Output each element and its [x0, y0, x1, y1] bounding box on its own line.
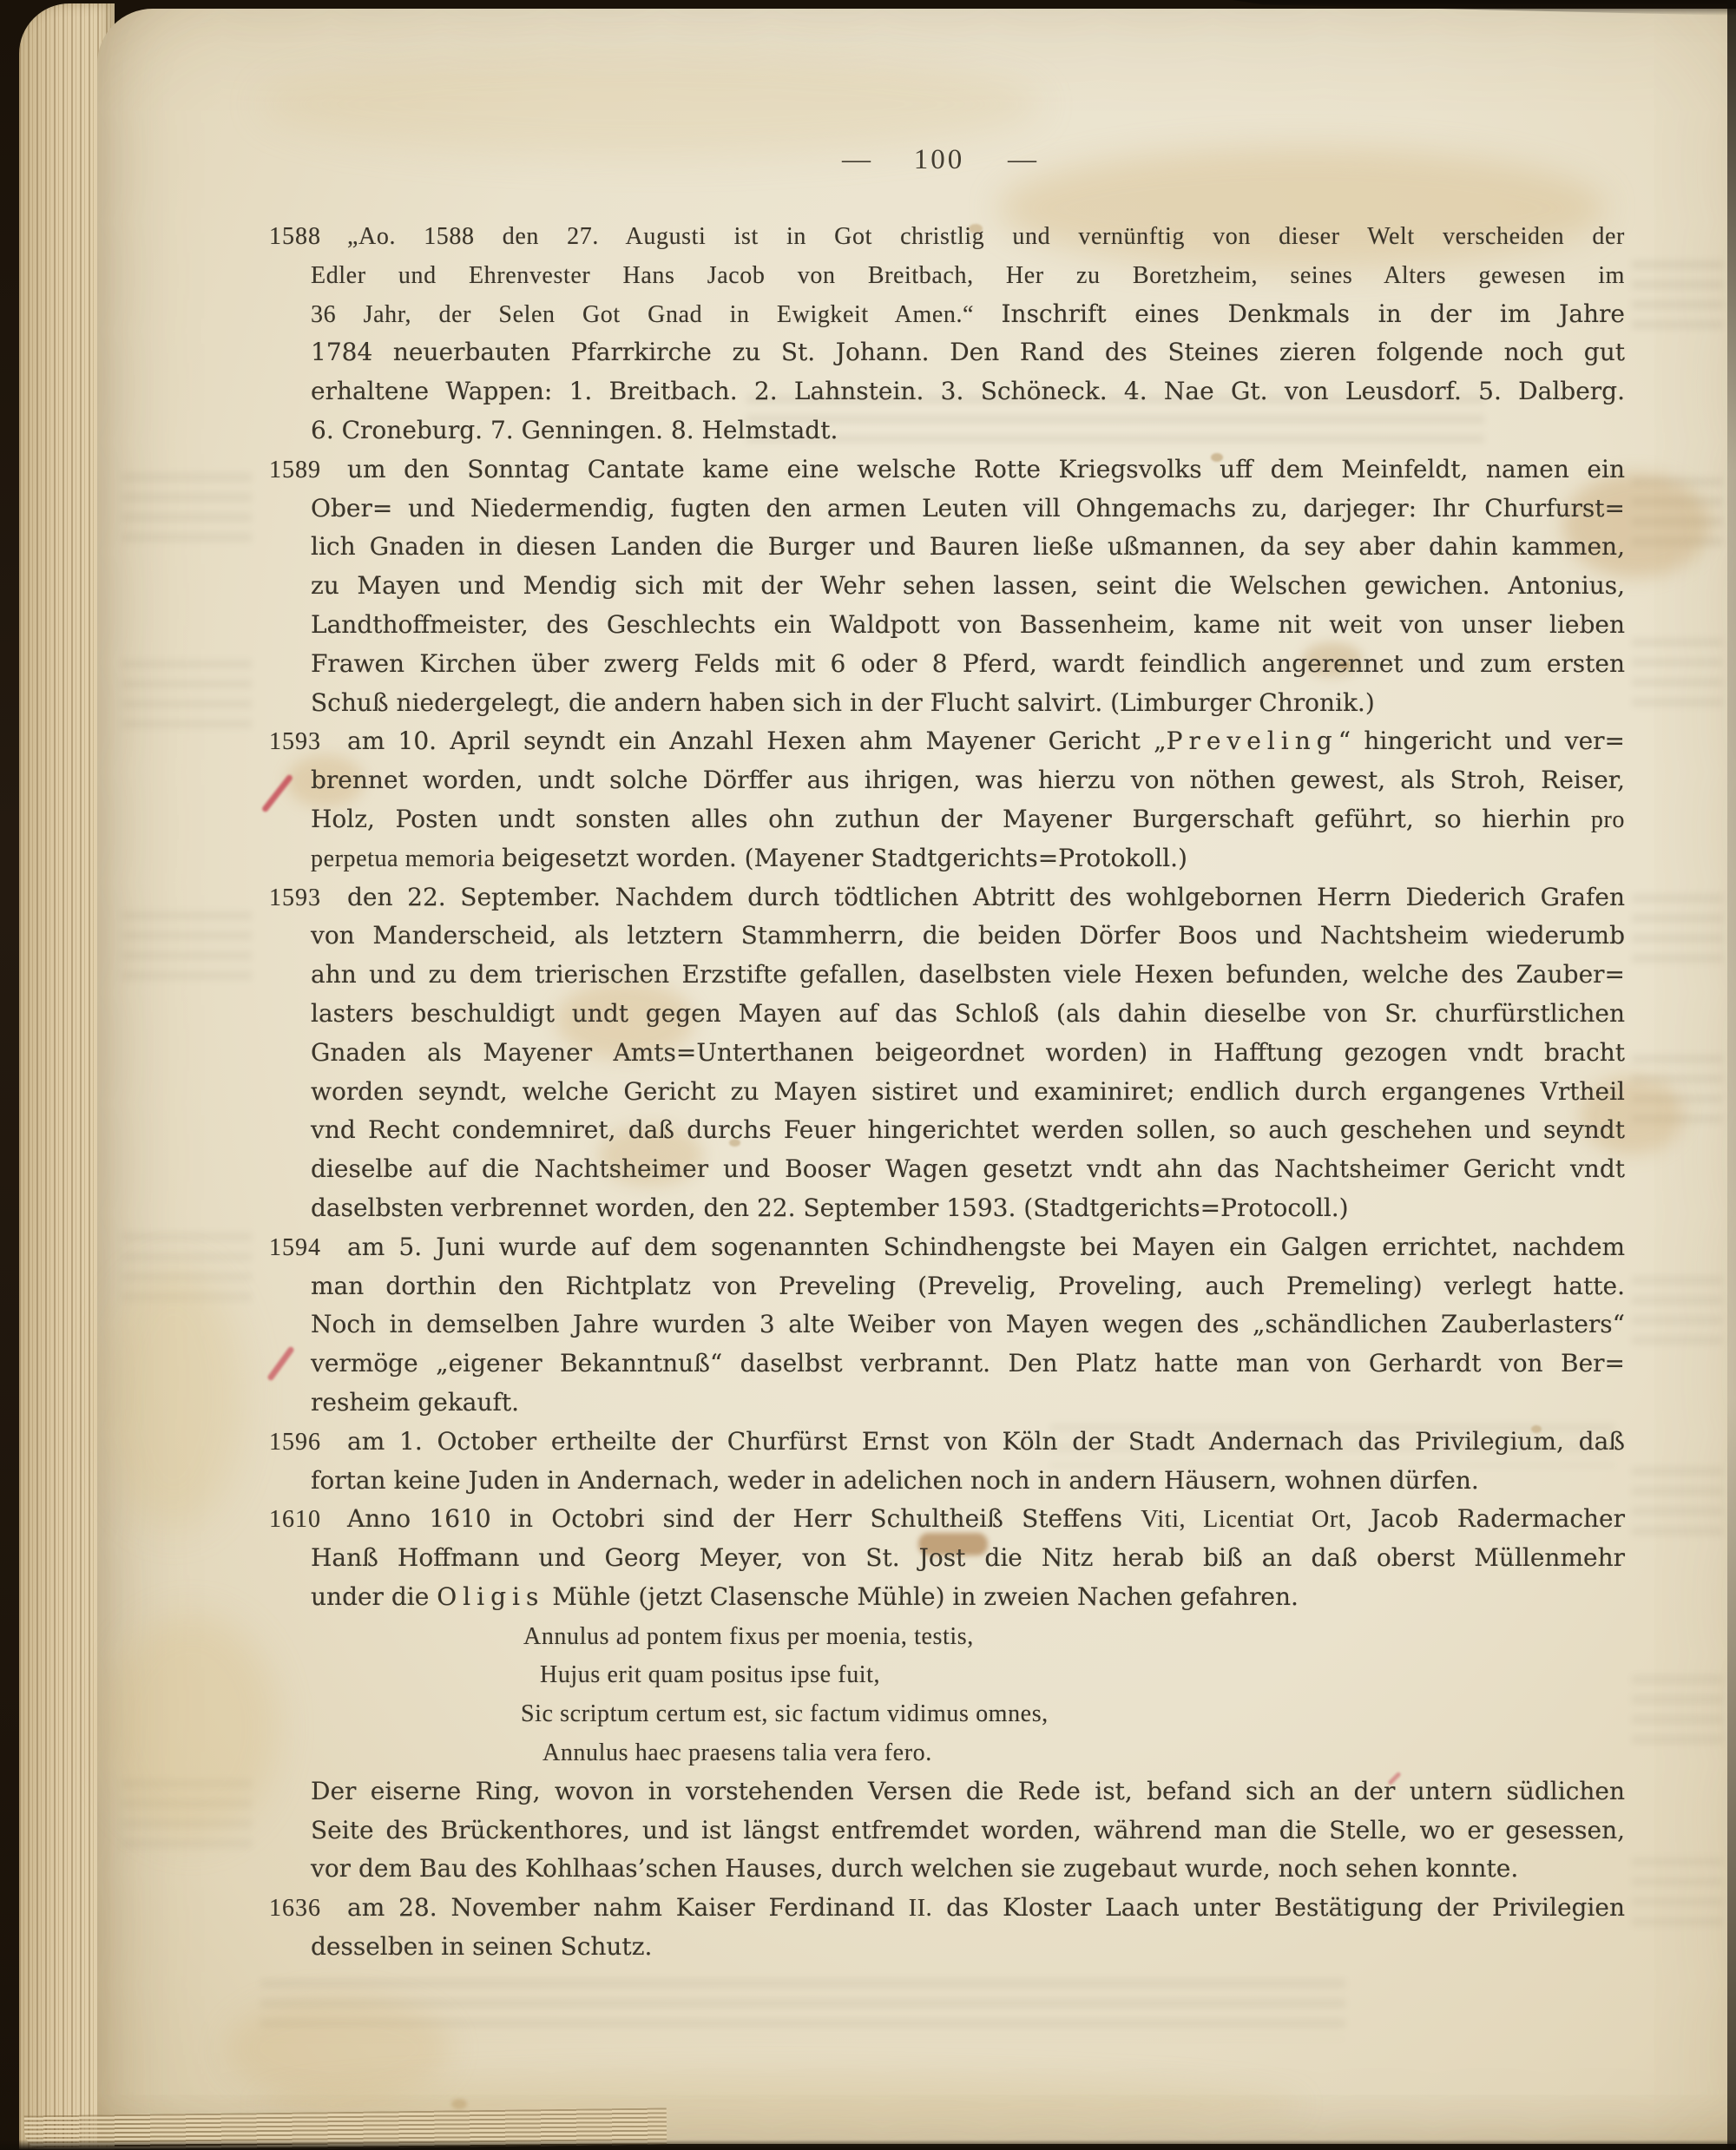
entry-year: 1593	[269, 884, 321, 911]
chronicle-entry-1593: 1593am 10. April seyndt ein Anzahl Hexen…	[269, 722, 1625, 878]
text-segment: Oligis	[437, 1582, 544, 1611]
chronicle-entry-1610: 1610Anno 1610 in Octobri sind der Herr S…	[269, 1500, 1625, 1616]
text-segment: Hanß Hoffmann und Georg Meyer, von St. J…	[311, 1543, 1625, 1572]
text-line: 1596am 1. October ertheilte der Churfürs…	[269, 1423, 1625, 1462]
text-line: Sic scriptum certum est, sic factum vidi…	[269, 1694, 1625, 1733]
text-segment: desselben in seinen Schutz.	[311, 1932, 652, 1961]
text-line: ahn und zu dem trierischen Erzstifte gef…	[269, 956, 1625, 995]
text-segment: am 5. Juni wurde auf dem sogenannten Sch…	[347, 1233, 1625, 1261]
text-line: Annulus haec praesens talia vera fero.	[269, 1733, 1625, 1772]
chronicle-text-column: 1588„Ao. 1588 den 27. Augusti ist in Got…	[269, 217, 1625, 1967]
chronicle-entry-1594: 1594am 5. Juni wurde auf dem sogenannten…	[269, 1228, 1625, 1423]
text-segment: perpetua memoria	[311, 845, 502, 872]
page-header: — 100 —	[842, 142, 1036, 177]
chronicle-entry-1596: 1596am 1. October ertheilte der Churfürs…	[269, 1423, 1625, 1501]
text-segment: von Manderscheid, als letztern Stammherr…	[311, 921, 1625, 950]
text-segment: Landthoffmeister, des Geschlechts ein Wa…	[311, 610, 1625, 639]
text-line: erhaltene Wappen: 1. Breitbach. 2. Lahns…	[269, 372, 1625, 411]
text-segment: Edler und Ehrenvester Hans Jacob von Bre…	[311, 262, 1625, 289]
text-segment: das Kloster Laach unter Bestätigung der …	[932, 1893, 1625, 1922]
text-segment: erhaltene Wappen: 1. Breitbach. 2. Lahns…	[311, 377, 1625, 405]
text-line: lasters beschuldigt undt gegen Mayen auf…	[269, 995, 1625, 1034]
text-segment: under die	[311, 1582, 437, 1611]
text-line: 1784 neuerbauten Pfarrkirche zu St. Joha…	[269, 333, 1625, 372]
text-line: dieselbe auf die Nachtsheimer und Booser…	[269, 1150, 1625, 1189]
entry-year: 1636	[269, 1895, 321, 1922]
text-line: 1636am 28. November nahm Kaiser Ferdinan…	[269, 1889, 1625, 1928]
entry-year: 1588	[269, 223, 321, 250]
text-line: 1610Anno 1610 in Octobri sind der Herr S…	[269, 1500, 1625, 1539]
text-segment: Holz, Posten undt sonsten alles ohn zuth…	[311, 805, 1591, 833]
text-segment: Viti, Licentiat Ort,	[1141, 1506, 1352, 1533]
text-segment: am 1. October ertheilte der Churfürst Er…	[347, 1427, 1625, 1456]
text-segment: vermöge „eigener Bekanntnuß“ daselbst ve…	[311, 1349, 1625, 1377]
text-segment: daselbsten verbrennet worden, den 22. Se…	[311, 1193, 1349, 1222]
book-edge-bottom	[0, 2140, 1736, 2150]
text-segment: den 22. September. Nachdem durch tödtlic…	[347, 883, 1625, 911]
text-segment: fortan keine Juden in Andernach, weder i…	[311, 1466, 1479, 1495]
text-segment: resheim gekauft.	[311, 1388, 519, 1417]
text-line: brennet worden, undt solche Dörffer aus …	[269, 761, 1625, 800]
text-segment: 1784 neuerbauten Pfarrkirche zu St. Joha…	[311, 338, 1625, 366]
text-line: Ober= und Niedermendig, fugten den armen…	[269, 490, 1625, 529]
text-segment: Hujus erit quam positus ipse fuit,	[540, 1661, 880, 1688]
text-line: von Manderscheid, als letztern Stammherr…	[269, 917, 1625, 956]
entry-year: 1610	[269, 1506, 321, 1533]
text-segment: am 28. November nahm Kaiser Ferdinand	[347, 1893, 909, 1922]
text-segment: ahn und zu dem trierischen Erzstifte gef…	[311, 960, 1625, 989]
text-line: perpetua memoria beigesetzt worden. (May…	[269, 839, 1625, 878]
chronicle-entry-1593: 1593den 22. September. Nachdem durch töd…	[269, 878, 1625, 1228]
latin-verse: Annulus ad pontem fixus per moenia, test…	[269, 1617, 1625, 1772]
text-line: Landthoffmeister, des Geschlechts ein Wa…	[269, 606, 1625, 645]
text-segment: II.	[909, 1895, 932, 1922]
text-line: 1594am 5. Juni wurde auf dem sogenannten…	[269, 1228, 1625, 1267]
text-segment: „Ao. 1588 den 27. Augusti ist in Got chr…	[347, 223, 1625, 250]
text-line: zu Mayen und Mendig sich mit der Wehr se…	[269, 567, 1625, 606]
text-segment: “ hingericht und ver=	[1338, 727, 1625, 755]
text-segment: Seite des Brückenthores, und ist längst …	[311, 1816, 1625, 1844]
text-line: 6. Croneburg. 7. Genningen. 8. Helmstadt…	[269, 411, 1625, 450]
text-segment: Der eiserne Ring, wovon in vorstehenden …	[311, 1777, 1625, 1805]
text-segment: Annulus ad pontem fixus per moenia, test…	[523, 1623, 974, 1650]
text-segment: Schuß niedergelegt, die andern haben sic…	[311, 688, 1375, 717]
text-line: vermöge „eigener Bekanntnuß“ daselbst ve…	[269, 1345, 1625, 1384]
text-segment: dieselbe auf die Nachtsheimer und Booser…	[311, 1154, 1625, 1183]
text-line: 1588„Ao. 1588 den 27. Augusti ist in Got…	[269, 217, 1625, 256]
text-segment: beigesetzt worden. (Mayener Stadtgericht…	[502, 844, 1187, 872]
text-line: worden seyndt, welche Gericht zu Mayen s…	[269, 1073, 1625, 1112]
text-line: Schuß niedergelegt, die andern haben sic…	[269, 684, 1625, 723]
text-segment: am 10. April seyndt ein Anzahl Hexen ahm…	[347, 727, 1167, 755]
text-line: Annulus ad pontem fixus per moenia, test…	[269, 1617, 1625, 1656]
text-line: Hujus erit quam positus ipse fuit,	[269, 1655, 1625, 1694]
text-segment: 36 Jahr, der Selen Got Gnad in Ewigkeit …	[311, 301, 1001, 328]
text-segment: zu Mayen und Mendig sich mit der Wehr se…	[311, 571, 1625, 600]
entry-year: 1589	[269, 457, 321, 483]
text-segment: Preveling	[1167, 727, 1338, 755]
text-line: Holz, Posten undt sonsten alles ohn zuth…	[269, 800, 1625, 839]
text-line: 36 Jahr, der Selen Got Gnad in Ewigkeit …	[269, 295, 1625, 334]
text-line: Frawen Kirchen über zwerg Felds mit 6 od…	[269, 645, 1625, 684]
text-segment: Anno 1610 in Octobri sind der Herr Schul…	[347, 1504, 1141, 1533]
text-segment: um den Sonntag Cantate kame eine welsche…	[347, 455, 1625, 483]
text-line: Seite des Brückenthores, und ist längst …	[269, 1811, 1625, 1851]
text-segment: man dorthin den Richtplatz von Preveling…	[311, 1272, 1625, 1300]
text-segment: vor dem Bau des Kohlhaas’schen Hauses, d…	[311, 1854, 1518, 1883]
page-number: 100	[914, 142, 965, 177]
text-segment: lasters beschuldigt undt gegen Mayen auf…	[311, 999, 1625, 1028]
text-line: lich Gnaden in diesen Landen die Burger …	[269, 528, 1625, 567]
text-segment: Jacob Radermacher	[1352, 1504, 1625, 1533]
chronicle-entry-1589: 1589um den Sonntag Cantate kame eine wel…	[269, 450, 1625, 723]
text-line: resheim gekauft.	[269, 1384, 1625, 1423]
text-segment: Annulus haec praesens talia vera fero.	[542, 1739, 932, 1766]
text-line: vor dem Bau des Kohlhaas’schen Hauses, d…	[269, 1850, 1625, 1889]
text-line: daselbsten verbrennet worden, den 22. Se…	[269, 1189, 1625, 1228]
text-line: 1589um den Sonntag Cantate kame eine wel…	[269, 450, 1625, 490]
text-line: vnd Recht condemniret, daß durchs Feuer …	[269, 1111, 1625, 1150]
chronicle-entry-1636: 1636am 28. November nahm Kaiser Ferdinan…	[269, 1889, 1625, 1967]
text-line: desselben in seinen Schutz.	[269, 1928, 1625, 1967]
text-line: Noch in demselben Jahre wurden 3 alte We…	[269, 1305, 1625, 1345]
text-segment: Ober= und Niedermendig, fugten den armen…	[311, 494, 1625, 523]
text-segment: Frawen Kirchen über zwerg Felds mit 6 od…	[311, 649, 1625, 678]
text-segment: Sic scriptum certum est, sic factum vidi…	[521, 1700, 1049, 1727]
text-line: 1593den 22. September. Nachdem durch töd…	[269, 878, 1625, 917]
entry-year: 1594	[269, 1234, 321, 1261]
text-line: fortan keine Juden in Andernach, weder i…	[269, 1462, 1625, 1501]
text-line: 1593am 10. April seyndt ein Anzahl Hexen…	[269, 722, 1625, 761]
entry-year: 1593	[269, 728, 321, 755]
text-segment: Inschrift eines Denkmals in der im Jahre	[1001, 299, 1625, 328]
text-segment: Gnaden als Mayener Amts=Unterthanen beig…	[311, 1038, 1625, 1067]
chronicle-paragraph: Der eiserne Ring, wovon in vorstehenden …	[269, 1772, 1625, 1889]
scanned-book-page: — 100 — 1588„Ao. 1588 den 27. Augusti is…	[0, 0, 1736, 2150]
book-edge-right	[1727, 0, 1736, 2150]
entry-year: 1596	[269, 1429, 321, 1456]
chronicle-entry-1588: 1588„Ao. 1588 den 27. Augusti ist in Got…	[269, 217, 1625, 450]
text-segment: Mühle (jetzt Clasensche Mühle) in zweien…	[544, 1582, 1299, 1611]
header-right-dash: —	[1008, 142, 1036, 177]
text-segment: Noch in demselben Jahre wurden 3 alte We…	[311, 1310, 1625, 1338]
text-segment: worden seyndt, welche Gericht zu Mayen s…	[311, 1077, 1625, 1106]
text-line: man dorthin den Richtplatz von Preveling…	[269, 1267, 1625, 1306]
text-line: Der eiserne Ring, wovon in vorstehenden …	[269, 1772, 1625, 1811]
text-line: Gnaden als Mayener Amts=Unterthanen beig…	[269, 1034, 1625, 1073]
text-line: Edler und Ehrenvester Hans Jacob von Bre…	[269, 256, 1625, 295]
text-segment: 6. Croneburg. 7. Genningen. 8. Helmstadt…	[311, 416, 838, 444]
text-line: under die Oligis Mühle (jetzt Clasensche…	[269, 1578, 1625, 1617]
text-segment: vnd Recht condemniret, daß durchs Feuer …	[311, 1115, 1625, 1144]
header-left-dash: —	[842, 142, 871, 177]
text-segment: pro	[1591, 806, 1625, 833]
text-line: Hanß Hoffmann und Georg Meyer, von St. J…	[269, 1539, 1625, 1578]
text-segment: brennet worden, undt solche Dörffer aus …	[311, 766, 1625, 794]
text-segment: lich Gnaden in diesen Landen die Burger …	[311, 532, 1625, 561]
